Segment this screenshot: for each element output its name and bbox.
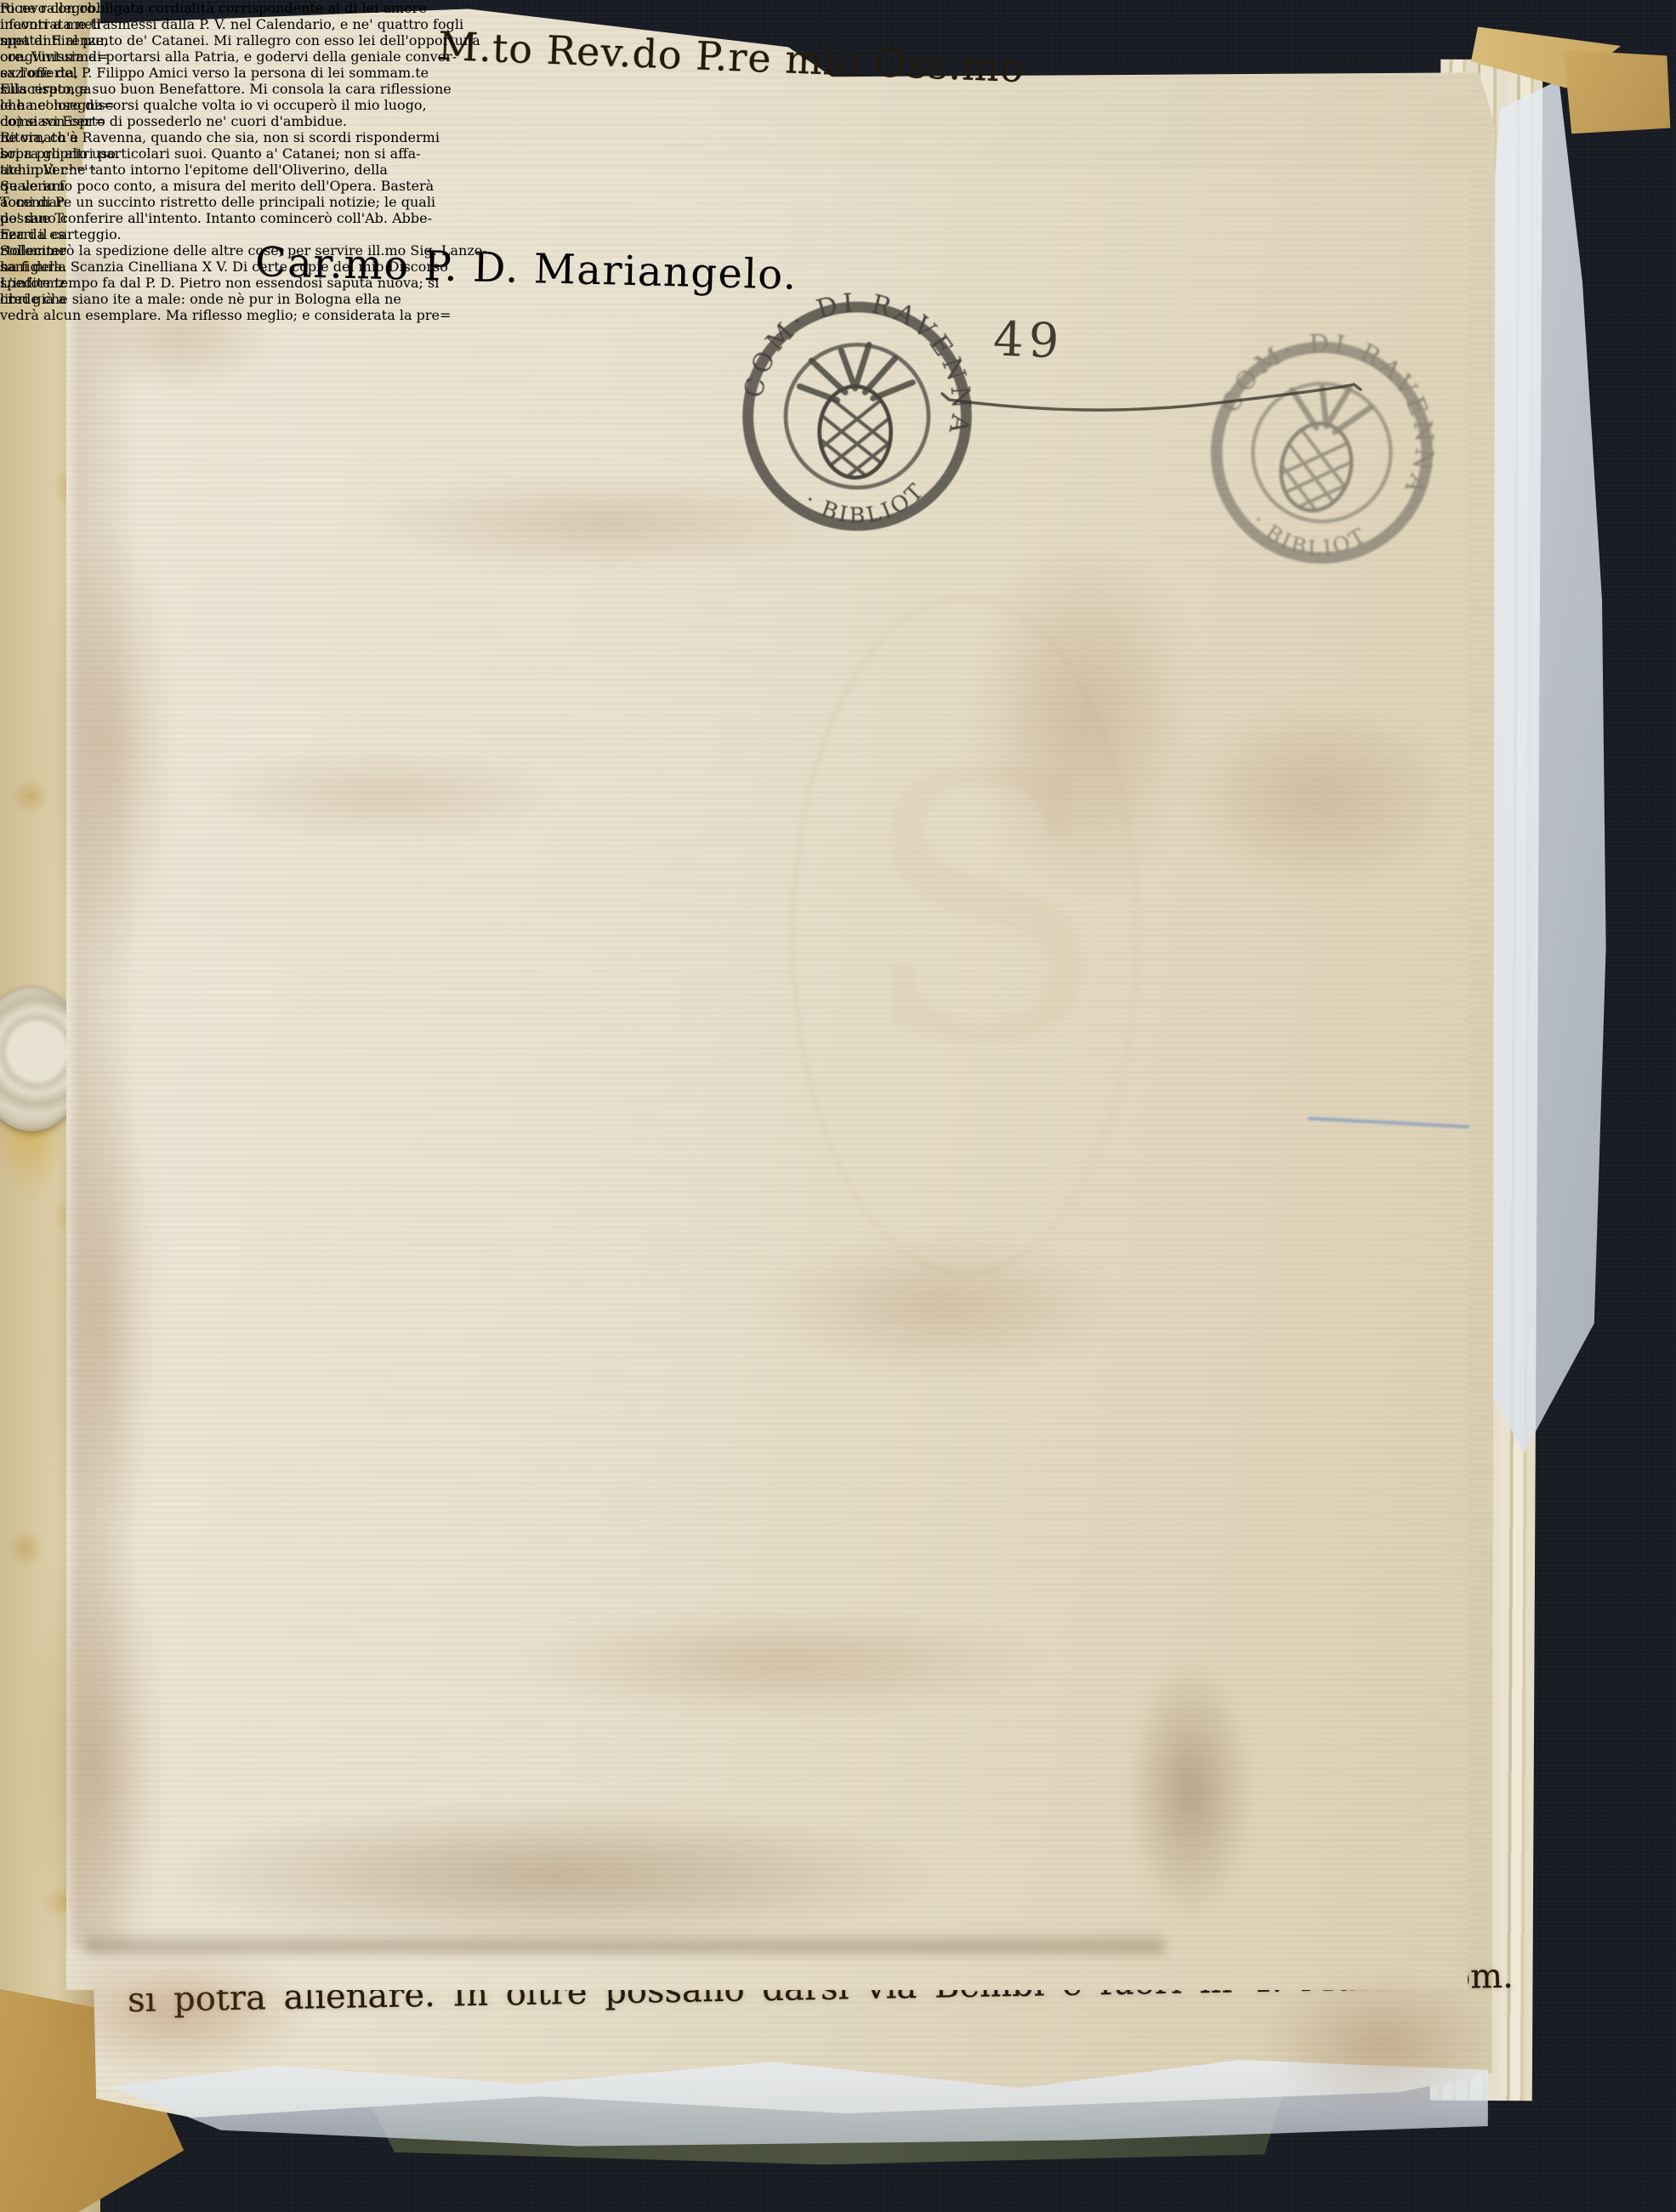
letter-line: sazione del P. Filippo Amici verso la pe… <box>0 65 1676 81</box>
letter-line: suiscerato, e suo buon Benefattore. Mi c… <box>0 81 1676 97</box>
letter-line: Ricevo con obbligata cordialità corrispo… <box>0 0 1676 16</box>
manuscript-photograph: M.to Rev.do P.re mio Oss.mo 50 Car.mo P.… <box>0 0 1676 2212</box>
letter-line: tichi più che tanto intorno l'epitome de… <box>0 162 1676 178</box>
handwriting-layer: Ricevo con obbligata cordialità corrispo… <box>0 0 1676 2212</box>
letter-line: spedite tempo fa dal P. D. Pietro non es… <box>0 275 1676 291</box>
letter-line: sani della Scanzia Cinelliana X V. Di ce… <box>0 259 1676 275</box>
letter-line: che ne' loro discorsi qualche volta io v… <box>0 97 1676 113</box>
letter-line: quale io fo poco conto, a misura del mer… <box>0 178 1676 194</box>
letter-line: i favori a me trasmessi dalla P. V. nel … <box>0 16 1676 32</box>
letter-line: Ferri il carteggio. <box>0 226 1676 242</box>
letter-line: vedrà alcun esemplare. Ma riflesso megli… <box>0 307 1676 323</box>
letter-line: possano conferire all'intento. Intanto c… <box>0 210 1676 226</box>
letter-line: sopra gli altri particolari suoi. Quanto… <box>0 145 1676 162</box>
letter-line: come son certo di possederlo ne' cuori d… <box>0 113 1676 129</box>
letter-line: congiuntura di portarsi alla Patria, e g… <box>0 48 1676 65</box>
letter-line: Ritornato a Ravenna, quando che sia, non… <box>0 129 1676 145</box>
letter-line: crede che siano ite a male: onde nè pur … <box>0 291 1676 307</box>
letter-line: spettanti al punto de' Catanei. Mi ralle… <box>0 32 1676 48</box>
letter-line: accennare un succinto ristretto delle pr… <box>0 194 1676 210</box>
letter-line: Solleciterò la spedizione delle altre co… <box>0 242 1676 259</box>
sheet-edge-main-bottom <box>85 1931 1165 1953</box>
